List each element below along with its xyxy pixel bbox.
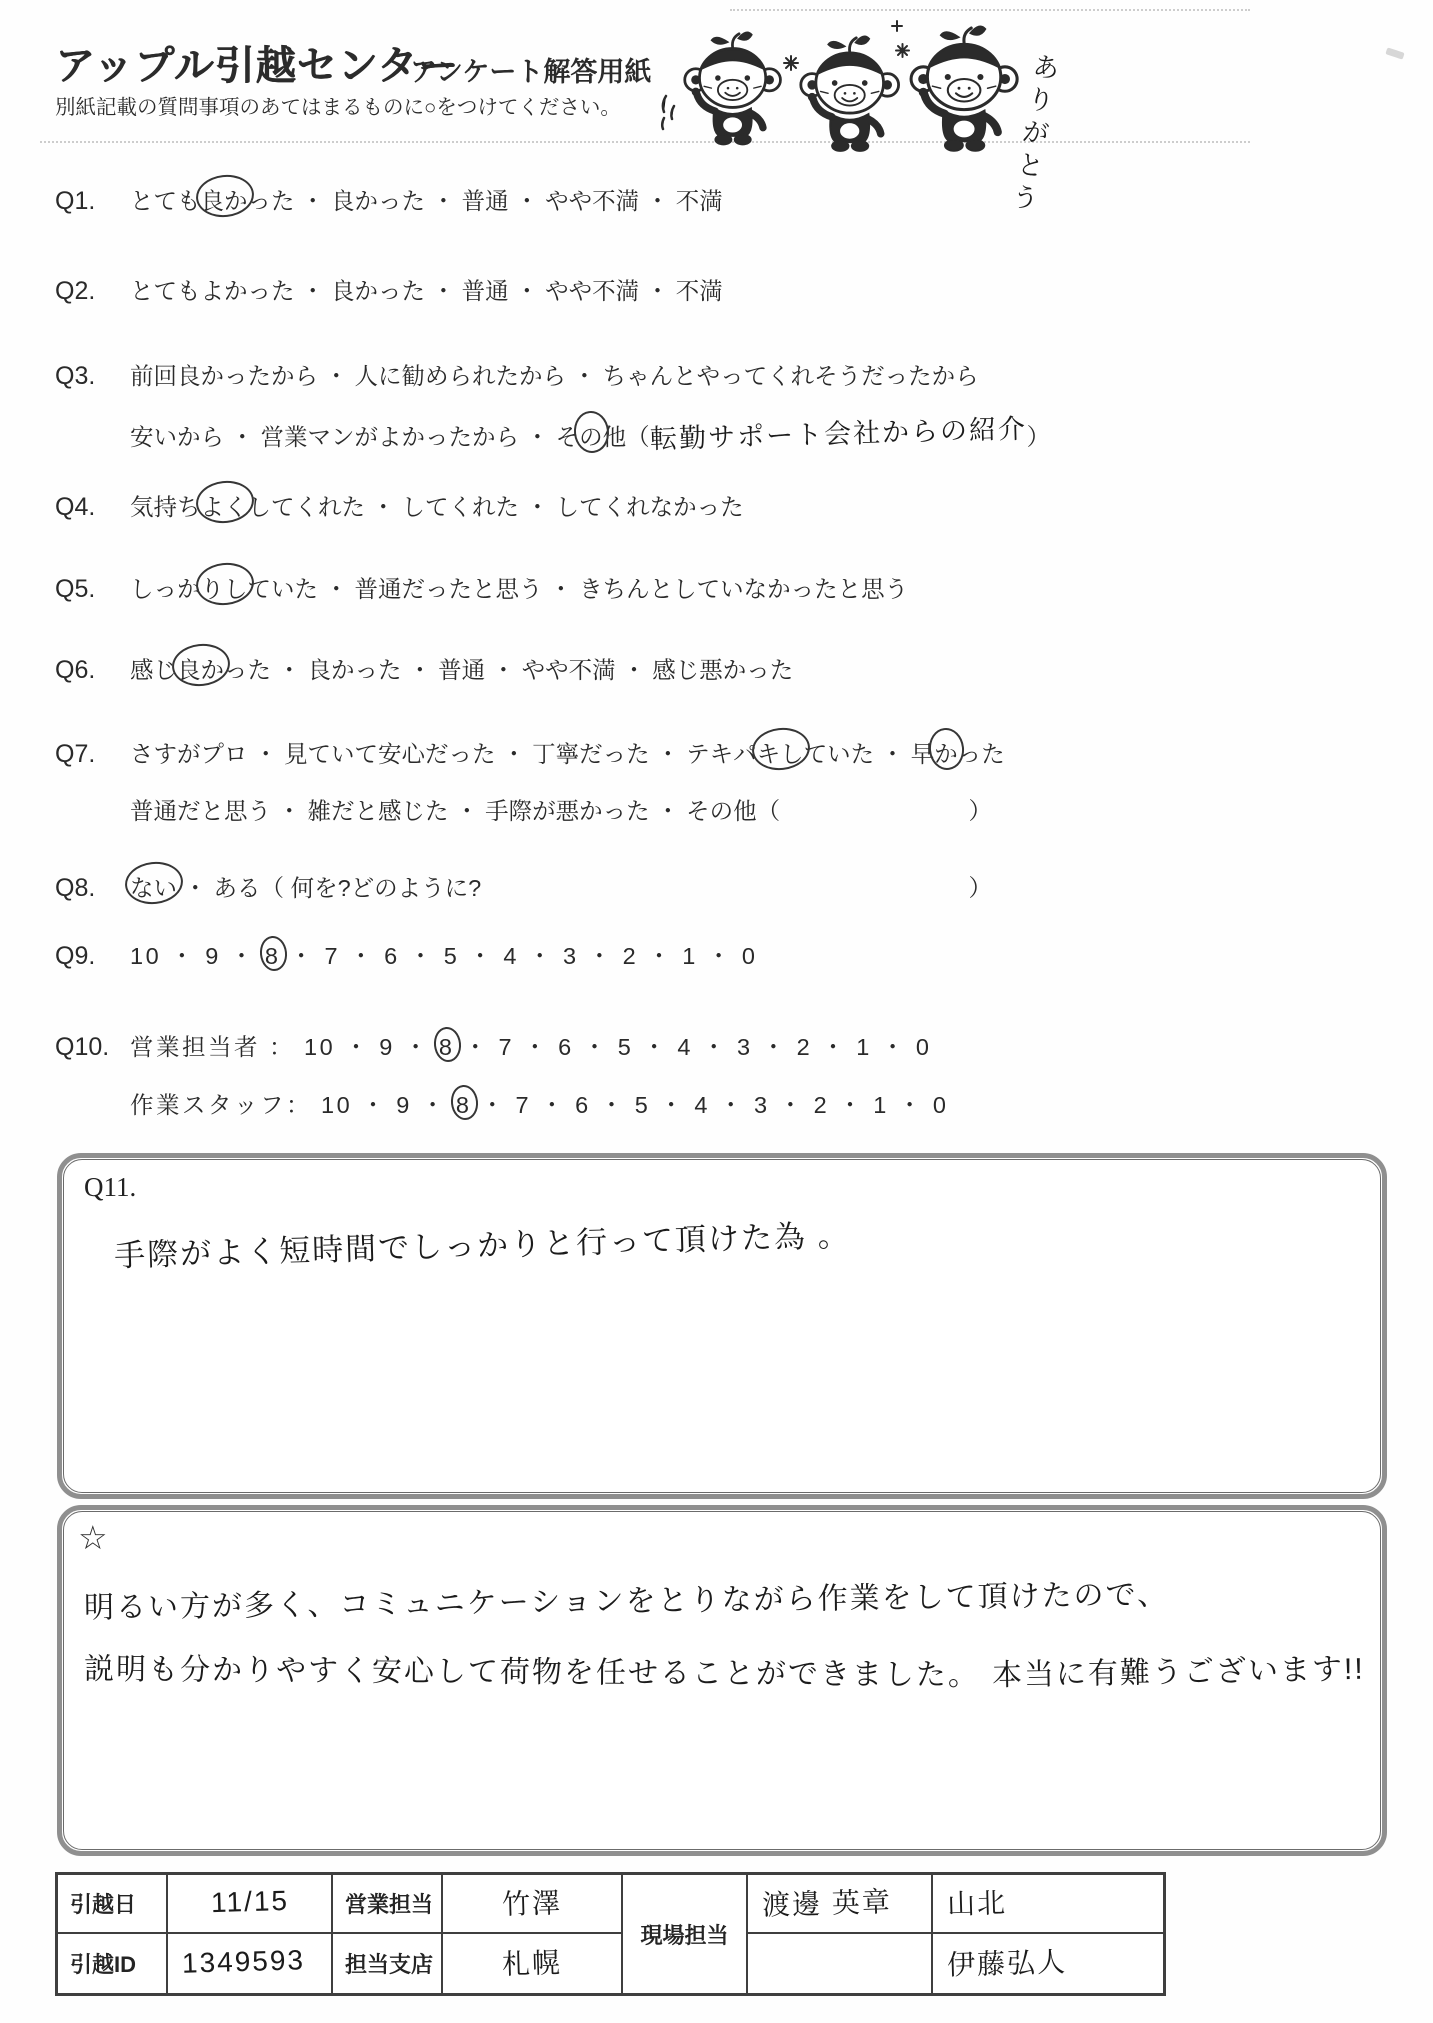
question-options: とても良かった ・ 良かった ・ 普通 ・ やや不満 ・ 不満 [130,182,723,216]
question-q1-line1: Q1.とても良かった ・ 良かった ・ 普通 ・ やや不満 ・ 不満 [55,182,1400,216]
question-options: 気持ちよくしてくれた ・ してくれた ・ してくれなかった [130,488,744,522]
value-crew-3 [748,1934,933,1993]
option-text: 10 ・ 9 ・ [130,937,265,971]
handwritten-value: 札幌 [501,1941,562,1983]
question-options: 安いから ・ 営業マンがよかったから ・ その他（転勤サポート会社からの紹介） [130,414,992,453]
question-id: Q8. [55,874,130,903]
option-text: さすがプロ ・ 見ていて安心だった ・ 丁寧だった ・ テキパ [130,735,757,769]
handwritten-value: 渡邊 英章 [761,1880,892,1924]
label-sales-rep: 営業担当 [333,1875,443,1934]
instruction-text: 別紙記載の質問事項のあてはまるものに○をつけてください。 [55,90,621,120]
monkey-mascot-illustration [660,18,1020,158]
question-q7-line2: 普通だと思う ・ 雑だと感じた ・ 手際が悪かった ・ その他（） [55,792,1400,826]
value-move-date: 11/15 [168,1875,333,1934]
handwritten-value: 1349593 [182,1944,306,1979]
question-id: Q5. [55,575,130,604]
pen-circle-annotation: りし [201,570,248,604]
option-text: ・ 7 ・ 6 ・ 5 ・ 4 ・ 3 ・ 2 ・ 1 ・ 0 [471,1086,948,1120]
pen-circle-annotation: よく [201,488,248,522]
handwritten-line: 本当に有難うございます!! [992,1634,1366,1711]
question-q9-line1: Q9.10 ・ 9 ・ 8 ・ 7 ・ 6 ・ 5 ・ 4 ・ 3 ・ 2 ・ … [55,937,1400,971]
option-text: 気持ち [130,488,201,522]
pen-circle-annotation: の [579,418,603,452]
pen-circle-annotation: 8 [439,1034,455,1061]
value-crew-2: 山北 [933,1875,1163,1934]
question-options: とてもよかった ・ 良かった ・ 普通 ・ やや不満 ・ 不満 [130,272,723,306]
survey-answer-sheet: アップル引越センター アンケート解答用紙 別紙記載の質問事項のあてはまるものに○… [0,0,1433,2023]
option-text: 前回良かったから ・ 人に勧められたから ・ ちゃんとやってくれそうだったから [130,357,979,391]
pen-circle-annotation: 8 [265,943,281,970]
question-q5-line1: Q5.しっかりしていた ・ 普通だったと思う ・ きちんとしていなかったと思う [55,570,1400,604]
option-text: してくれた ・ してくれた ・ してくれなかった [248,488,744,522]
question-q2-line1: Q2.とてもよかった ・ 良かった ・ 普通 ・ やや不満 ・ 不満 [55,272,1400,306]
sheet-title: アンケート解答用紙 [410,50,651,89]
question-options: 作業スタッフ： 10 ・ 9 ・ 8 ・ 7 ・ 6 ・ 5 ・ 4 ・ 3 ・… [130,1086,948,1120]
option-text: 安いから ・ 営業マンがよかったから ・ そ [130,418,579,452]
option-text: ・ 7 ・ 6 ・ 5 ・ 4 ・ 3 ・ 2 ・ 1 ・ 0 [280,937,757,971]
handwritten-line: 明るい方が多く、コミュニケーションをとりながら作業をして頂けたので、 [84,1559,1170,1643]
question-q6-line1: Q6.感じ良かった ・ 良かった ・ 普通 ・ やや不満 ・ 感じ悪かった [55,651,1400,685]
option-text: 他（ [603,418,650,452]
option-text: 作業スタッフ： 10 ・ 9 ・ [130,1086,456,1120]
company-logo-text: アップル引越センター [55,34,459,91]
question-id: Q10. [55,1033,130,1062]
option-text: とてもよかった ・ 良かった ・ 普通 ・ やや不満 ・ 不満 [130,272,723,306]
label-move-date: 引越日 [58,1875,168,1934]
question-options: ない ・ ある（ 何を?どのように?） [130,869,992,903]
option-text: った ・ 良かった ・ 普通 ・ やや不満 ・ 感じ悪かった [224,651,793,685]
option-text: 感じ [130,651,177,685]
star-icon: ☆ [78,1518,108,1557]
scan-artifact [730,9,1250,11]
question-id: Q3. [55,362,130,391]
closing-paren: ） [969,869,993,903]
question-options: 営業担当者 ： 10 ・ 9 ・ 8 ・ 7 ・ 6 ・ 5 ・ 4 ・ 3 ・… [130,1028,932,1062]
pen-circle-annotation: 8 [456,1092,472,1119]
q11-label: Q11. [84,1172,136,1203]
value-branch: 札幌 [443,1934,623,1993]
question-id: Q9. [55,942,130,971]
question-q10-line1: Q10.営業担当者 ： 10 ・ 9 ・ 8 ・ 7 ・ 6 ・ 5 ・ 4 ・… [55,1028,1400,1062]
move-info-table: 引越日 11/15 営業担当 竹澤 現場担当 渡邊 英章 山北 引越ID 134… [55,1872,1166,1996]
value-crew-1: 渡邊 英章 [748,1875,933,1934]
label-site-crew: 現場担当 [623,1875,748,1993]
value-crew-4: 伊藤弘人 [933,1934,1163,1993]
label-branch: 担当支店 [333,1934,443,1993]
label-move-id: 引越ID [58,1934,168,1993]
pen-circle-annotation: か [934,735,958,769]
star-comment-box: ☆ 明るい方が多く、コミュニケーションをとりながら作業をして頂けたので、 説明も… [57,1505,1387,1856]
option-text: った [958,735,1005,769]
question-options: 普通だと思う ・ 雑だと感じた ・ 手際が悪かった ・ その他（） [130,792,992,826]
option-text: ・ 7 ・ 6 ・ 5 ・ 4 ・ 3 ・ 2 ・ 1 ・ 0 [454,1028,931,1062]
option-text: った ・ 良かった ・ 普通 ・ やや不満 ・ 不満 [248,182,723,216]
option-text: 営業担当者 ： 10 ・ 9 ・ [130,1028,439,1062]
option-text: ていた ・ 普通だったと思う ・ きちんとしていなかったと思う [248,570,909,604]
question-q3-line1: Q3.前回良かったから ・ 人に勧められたから ・ ちゃんとやってくれそうだった… [55,357,1400,391]
question-options: さすがプロ ・ 見ていて安心だった ・ 丁寧だった ・ テキパキしていた ・ 早… [130,735,1005,769]
option-text: 普通だと思う ・ 雑だと感じた ・ 手際が悪かった ・ その他（ [130,792,780,826]
closing-paren: ） [1027,418,1051,452]
question-id: Q6. [55,656,130,685]
handwritten-value: 山北 [946,1881,1007,1923]
pen-circle-annotation: 良か [177,651,224,685]
question-options: 感じ良かった ・ 良かった ・ 普通 ・ やや不満 ・ 感じ悪かった [130,651,793,685]
pen-circle-annotation: ない [130,869,177,903]
q11-comment-box: Q11. 手際がよく短時間でしっかりと行って頂けた為 。 [57,1153,1387,1499]
question-q4-line1: Q4.気持ちよくしてくれた ・ してくれた ・ してくれなかった [55,488,1400,522]
option-text: とても [130,182,201,216]
handwritten-text: 転勤サポート会社からの紹介 [649,407,1027,457]
question-q10-line2: 作業スタッフ： 10 ・ 9 ・ 8 ・ 7 ・ 6 ・ 5 ・ 4 ・ 3 ・… [55,1086,1400,1120]
star-handwritten-answer: 明るい方が多く、コミュニケーションをとりながら作業をして頂けたので、 説明も分か… [84,1568,1382,1710]
handwritten-line: 説明も分かりやすく安心して荷物を任せることができました。 [84,1634,980,1711]
question-q7-line1: Q7.さすがプロ ・ 見ていて安心だった ・ 丁寧だった ・ テキパキしていた … [55,735,1400,769]
question-q3-line2: 安いから ・ 営業マンがよかったから ・ その他（転勤サポート会社からの紹介） [55,414,1400,453]
pen-circle-annotation: 良か [201,182,248,216]
option-text: しっか [130,570,201,604]
option-text: ・ ある（ 何を?どのように? [177,869,481,903]
question-q8-line1: Q8.ない ・ ある（ 何を?どのように?） [55,869,1400,903]
question-id: Q7. [55,740,130,769]
handwritten-value: 伊藤弘人 [946,1940,1067,1983]
value-move-id: 1349593 [168,1934,333,1993]
value-sales-rep: 竹澤 [443,1875,623,1934]
question-options: 前回良かったから ・ 人に勧められたから ・ ちゃんとやってくれそうだったから [130,357,979,391]
closing-paren: ） [969,792,993,826]
monkey-mascots [660,18,1020,163]
question-id: Q1. [55,187,130,216]
scan-artifact [1385,47,1404,59]
scan-artifact [40,141,1250,143]
question-id: Q2. [55,277,130,306]
question-id: Q4. [55,493,130,522]
q11-handwritten-answer: 手際がよく短時間でしっかりと行って頂けた為 。 [114,1210,852,1276]
option-text: ていた ・ 早 [804,735,935,769]
pen-circle-annotation: キし [757,735,804,769]
handwritten-value: 11/15 [210,1884,289,1918]
handwritten-value: 竹澤 [501,1881,562,1923]
question-options: しっかりしていた ・ 普通だったと思う ・ きちんとしていなかったと思う [130,570,908,604]
motion-lines-icon [662,96,674,129]
question-options: 10 ・ 9 ・ 8 ・ 7 ・ 6 ・ 5 ・ 4 ・ 3 ・ 2 ・ 1 ・… [130,937,757,971]
